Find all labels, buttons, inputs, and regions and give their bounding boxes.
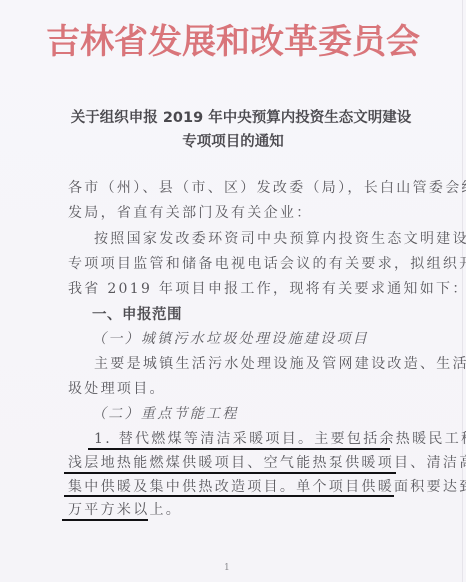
section-1-heading: 一、申报范围 <box>92 305 182 325</box>
underline-3 <box>64 495 394 497</box>
item-1-line-4: 万平方米以上。 <box>68 500 182 520</box>
item-1-line-2: 浅层地热能燃煤供暖项目、空气能热泵供暖项目、清洁高效 <box>68 453 466 473</box>
subsection-1-heading: （一）城镇污水垃圾处理设施建设项目 <box>92 329 369 349</box>
notice-title-line-2: 专项项目的通知 <box>0 132 466 152</box>
letterhead-title: 吉林省发展和改革委员会 <box>0 20 466 64</box>
intro-line-3: 我省 2019 年项目申报工作，现将有关要求通知如下： <box>68 279 466 299</box>
subsection-1-line-1: 主要是城镇生活污水处理设施及管网建设改造、生活垃 <box>94 354 466 374</box>
page-number: 1 <box>224 563 230 573</box>
addressee-line-2: 发局，省直有关部门及有关企业： <box>68 203 313 223</box>
document-page: 吉林省发展和改革委员会 关于组织申报 2019 年中央预算内投资生态文明建设 专… <box>0 0 463 582</box>
addressee-line-1: 各市（州）、县（市、区）发改委（局），长白山管委会经 <box>68 178 466 198</box>
item-1-line-1: 1. 替代燃煤等清洁采暖项目。主要包括余热暖民工程、 <box>94 429 466 449</box>
notice-title-line-1: 关于组织申报 2019 年中央预算内投资生态文明建设 <box>8 108 466 128</box>
underline-2 <box>64 472 396 474</box>
intro-line-1: 按照国家发改委环资司中央预算内投资生态文明建设 <box>94 229 466 249</box>
underline-4 <box>62 519 148 521</box>
intro-line-2: 专项项目监管和储备电视电话会议的有关要求，拟组织开展 <box>68 254 466 274</box>
subsection-2-heading: （二）重点节能工程 <box>92 404 239 424</box>
subsection-1-line-2: 圾处理项目。 <box>68 379 166 399</box>
underline-1 <box>88 448 390 450</box>
item-1-line-3: 集中供暖及集中供热改造项目。单个项目供暖面积要达到 5 <box>68 477 466 497</box>
